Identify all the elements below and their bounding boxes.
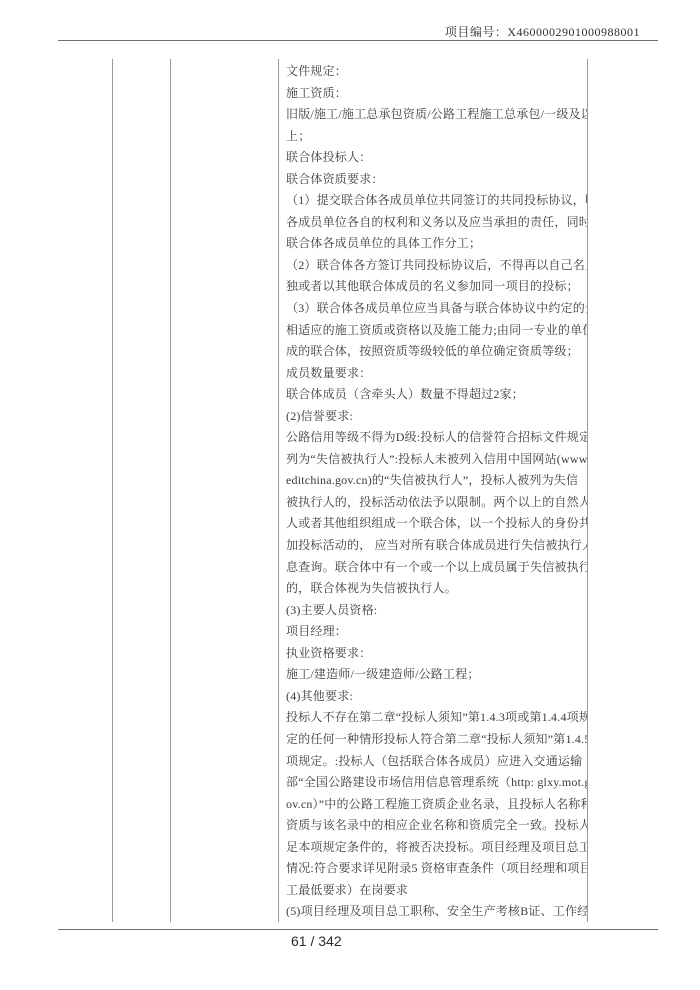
document-text-line: editchina.gov.cn)的“失信被执行人”，投标人被列为失信 [286, 470, 581, 492]
document-text-line: 公路信用等级不得为D级:投标人的信誉符合招标文件规定未被 [286, 427, 581, 449]
document-text-line: 联合体成员（含牵头人）数量不得超过2家； [286, 384, 581, 406]
document-text-line: 资质与该名录中的相应企业名称和资质完全一致。投标人不满 [286, 815, 581, 837]
document-text-line: (4)其他要求: [286, 686, 581, 708]
document-text-line: 独或者以其他联合体成员的名义参加同一项目的投标； [286, 276, 581, 298]
document-text-line: 的，联合体视为失信被执行人。 [286, 578, 581, 600]
document-text-line: 联合体各成员单位的具体工作分工； [286, 233, 581, 255]
document-text-line: 联合体投标人： [286, 147, 581, 169]
page-number-indicator: 61 / 342 [291, 933, 342, 949]
document-text-line: 上； [286, 126, 581, 148]
document-text-line: 项目经理： [286, 621, 581, 643]
document-text-line: 各成员单位各自的权利和义务以及应当承担的责任，同时载明 [286, 212, 581, 234]
document-text-line: 项规定。:投标人（包括联合体各成员）应进入交通运输 [286, 751, 581, 773]
document-text-line: 投标人不存在第二章“投标人须知”第1.4.3项或第1.4.4项规 [286, 707, 581, 729]
document-text-line: 足本项规定条件的，将被否决投标。项目经理及项目总工在岗 [286, 837, 581, 859]
document-text-line: 旧版/施工/施工总承包资质/公路工程施工总承包/一级及以 [286, 104, 581, 126]
document-text-line: 工最低要求）在岗要求 [286, 880, 581, 902]
document-text-line: 部“全国公路建设市场信用信息管理系统（http: glxy.mot.g [286, 772, 581, 794]
table-cell-empty-2 [171, 59, 279, 922]
document-text-line: 执业资格要求： [286, 643, 581, 665]
document-text-line: (3)主要人员资格: [286, 600, 581, 622]
document-text-line: 情况:符合要求详见附录5 资格审查条件（项目经理和项目总 [286, 858, 581, 880]
document-text-line: 定的任何一种情形投标人符合第二章“投标人须知”第1.4.5 [286, 729, 581, 751]
document-text-line: 加投标活动的， 应当对所有联合体成员进行失信被执行人信 [286, 535, 581, 557]
document-table-row: 文件规定：施工资质：旧版/施工/施工总承包资质/公路工程施工总承包/一级及以上；… [112, 59, 588, 922]
document-text-line: （2）联合体各方签订共同投标协议后，不得再以自己名义单 [286, 255, 581, 277]
document-text-line: (5)项目经理及项目总工职称、安全生产考核B证、工作经验、 [286, 901, 581, 922]
document-text-line: （1）提交联合体各成员单位共同签订的共同投标协议，明确 [286, 190, 581, 212]
document-text-line: 人或者其他组织组成一个联合体，以一个投标人的身份共同参 [286, 513, 581, 535]
document-text-line: （3）联合体各成员单位应当具备与联合体协议中约定的分工 [286, 298, 581, 320]
header-divider-line [58, 40, 658, 41]
document-text-line: (2)信誉要求: [286, 406, 581, 428]
table-cell-requirements-text: 文件规定：施工资质：旧版/施工/施工总承包资质/公路工程施工总承包/一级及以上；… [279, 59, 588, 922]
document-text-line: 成员数量要求： [286, 363, 581, 385]
document-text-line: 被执行人的，投标活动依法予以限制。两个以上的自然人、法 [286, 492, 581, 514]
document-text-line: 文件规定： [286, 61, 581, 83]
project-number-label: 项目编号：X4600002901000988001 [445, 23, 640, 40]
document-text-line: 施工/建造师/一级建造师/公路工程； [286, 664, 581, 686]
document-text-line: 施工资质： [286, 83, 581, 105]
document-text-line: 息查询。联合体中有一个或一个以上成员属于失信被执行人 [286, 557, 581, 579]
document-text-line: ov.cn）”中的公路工程施工资质企业名录，且投标人名称和 [286, 794, 581, 816]
document-text-line: 相适应的施工资质或资格以及施工能力;由同一专业的单位组 [286, 320, 581, 342]
document-text-line: 联合体资质要求： [286, 169, 581, 191]
footer-divider-line [58, 929, 658, 930]
document-text-line: 成的联合体，按照资质等级较低的单位确定资质等级； [286, 341, 581, 363]
table-cell-empty-1 [113, 59, 171, 922]
document-text-line: 列为“失信被执行人”:投标人未被列入信用中国网站(www.cr [286, 449, 581, 471]
